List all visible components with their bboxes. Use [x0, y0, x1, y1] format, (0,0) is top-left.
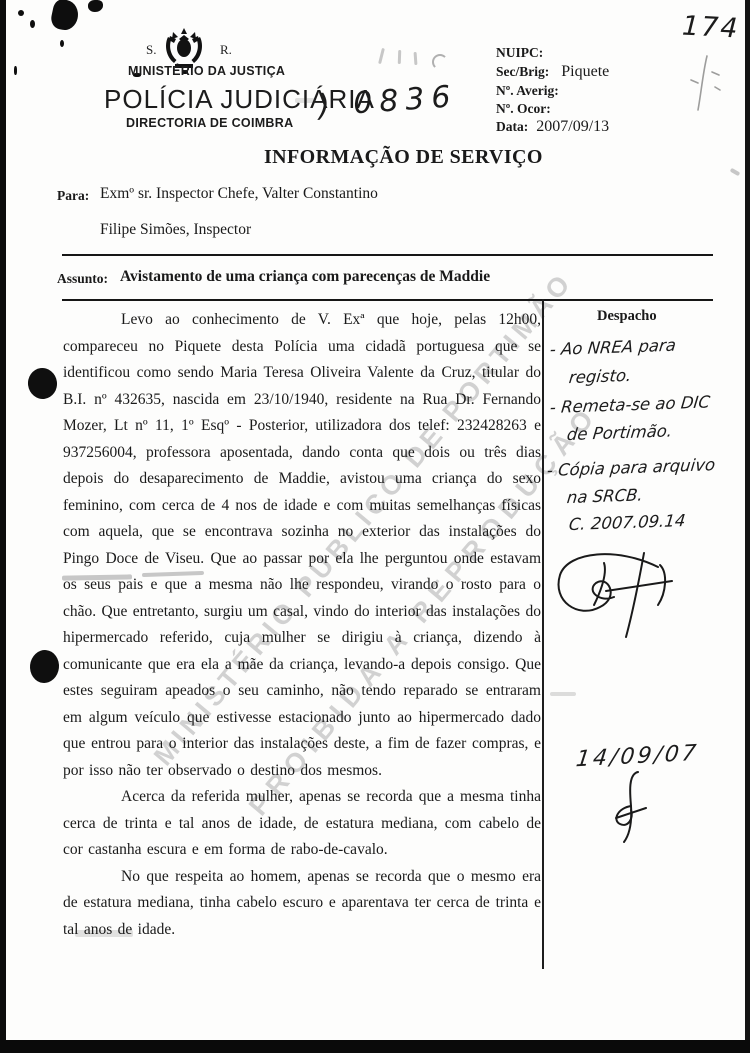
- data-value: 2007/09/13: [536, 118, 609, 135]
- signature: [548, 545, 688, 645]
- meta-row-averig: Nº. Averig:: [496, 82, 559, 100]
- data-label: Data:: [496, 119, 528, 134]
- faint-pen-stroke: [432, 54, 448, 70]
- body-text: Levo ao conhecimento de V. Exª que hoje,…: [63, 307, 541, 943]
- para-label: Para:: [57, 188, 89, 204]
- scan-edge-bottom: [0, 1040, 750, 1053]
- divider-line-top: [62, 254, 713, 256]
- scan-edge-left: [0, 0, 6, 1053]
- ministry-name: MINISTÉRIO DA JUSTIÇA: [128, 64, 285, 78]
- despacho-note: C. 2007.09.14: [568, 511, 686, 534]
- meta-row-ocor: Nº. Ocor:: [496, 100, 551, 118]
- faint-stamp-remnant: [295, 98, 315, 103]
- ink-blob: [49, 0, 81, 32]
- recipient-line1: Exmº sr. Inspector Chefe, Valter Constan…: [100, 185, 378, 203]
- ink-blob: [88, 0, 103, 12]
- directorate-name: DIRECTORIA DE COIMBRA: [126, 116, 293, 130]
- despacho-note: na SRCB.: [566, 485, 644, 507]
- meta-row-nuipc: NUIPC:: [496, 44, 543, 62]
- scanned-document-page: MINISTÉRIO PÚBLICO DE PORTIMÃO PROIBIDA …: [0, 0, 750, 1053]
- body-paragraph-1: Levo ao conhecimento de V. Exª que hoje,…: [63, 307, 541, 784]
- ink-speck: [14, 66, 17, 75]
- ink-speck: [18, 10, 24, 16]
- handwritten-page-number: 174: [681, 11, 740, 45]
- handwritten-initial: [608, 768, 654, 846]
- faint-initial-scribble: [685, 52, 727, 114]
- secbrig-value: Piquete: [561, 63, 609, 80]
- pencil-dash: [550, 692, 576, 696]
- body-paragraph-3: No que respeita ao homem, apenas se reco…: [63, 864, 541, 944]
- hole-punch-mark: [26, 366, 59, 401]
- despacho-note: de Portimão.: [566, 421, 673, 444]
- meta-row-data: Data: 2007/09/13: [496, 118, 609, 136]
- despacho-label: Despacho: [597, 308, 657, 325]
- assunto-value: Avistamento de uma criança com parecença…: [120, 268, 490, 286]
- ocor-label: Nº. Ocor:: [496, 101, 551, 116]
- faint-pen-stroke: [398, 50, 401, 64]
- ink-speck: [30, 20, 35, 28]
- despacho-note: registo.: [568, 366, 632, 387]
- scan-edge-right: [745, 0, 750, 1053]
- body-paragraph-2: Acerca da referida mulher, apenas se rec…: [63, 784, 541, 864]
- meta-row-secbrig: Sec/Brig: Piquete: [496, 63, 609, 81]
- despacho-note: - Remeta-se ao DIC: [549, 392, 711, 417]
- faint-pen-stroke: [378, 48, 385, 64]
- hole-punch-mark: [28, 649, 60, 685]
- recipient-line2: Filipe Simões, Inspector: [100, 221, 251, 239]
- secbrig-label: Sec/Brig:: [496, 64, 549, 79]
- ink-speck: [60, 40, 64, 47]
- crest-letter-r: R.: [220, 42, 232, 58]
- despacho-note: - Cópia para arquivo: [546, 455, 716, 480]
- despacho-note: - Ao NREA para: [549, 336, 677, 359]
- averig-label: Nº. Averig:: [496, 83, 559, 98]
- pen-tick: [730, 168, 741, 176]
- divider-line-bottom: [62, 299, 713, 301]
- assunto-label: Assunto:: [57, 271, 108, 287]
- crest-letter-s: S.: [146, 42, 156, 58]
- document-title: INFORMAÇÃO DE SERVIÇO: [264, 146, 543, 169]
- despacho-column-divider: [542, 299, 544, 969]
- nuipc-label: NUIPC:: [496, 45, 543, 60]
- faint-pen-stroke: [414, 52, 418, 65]
